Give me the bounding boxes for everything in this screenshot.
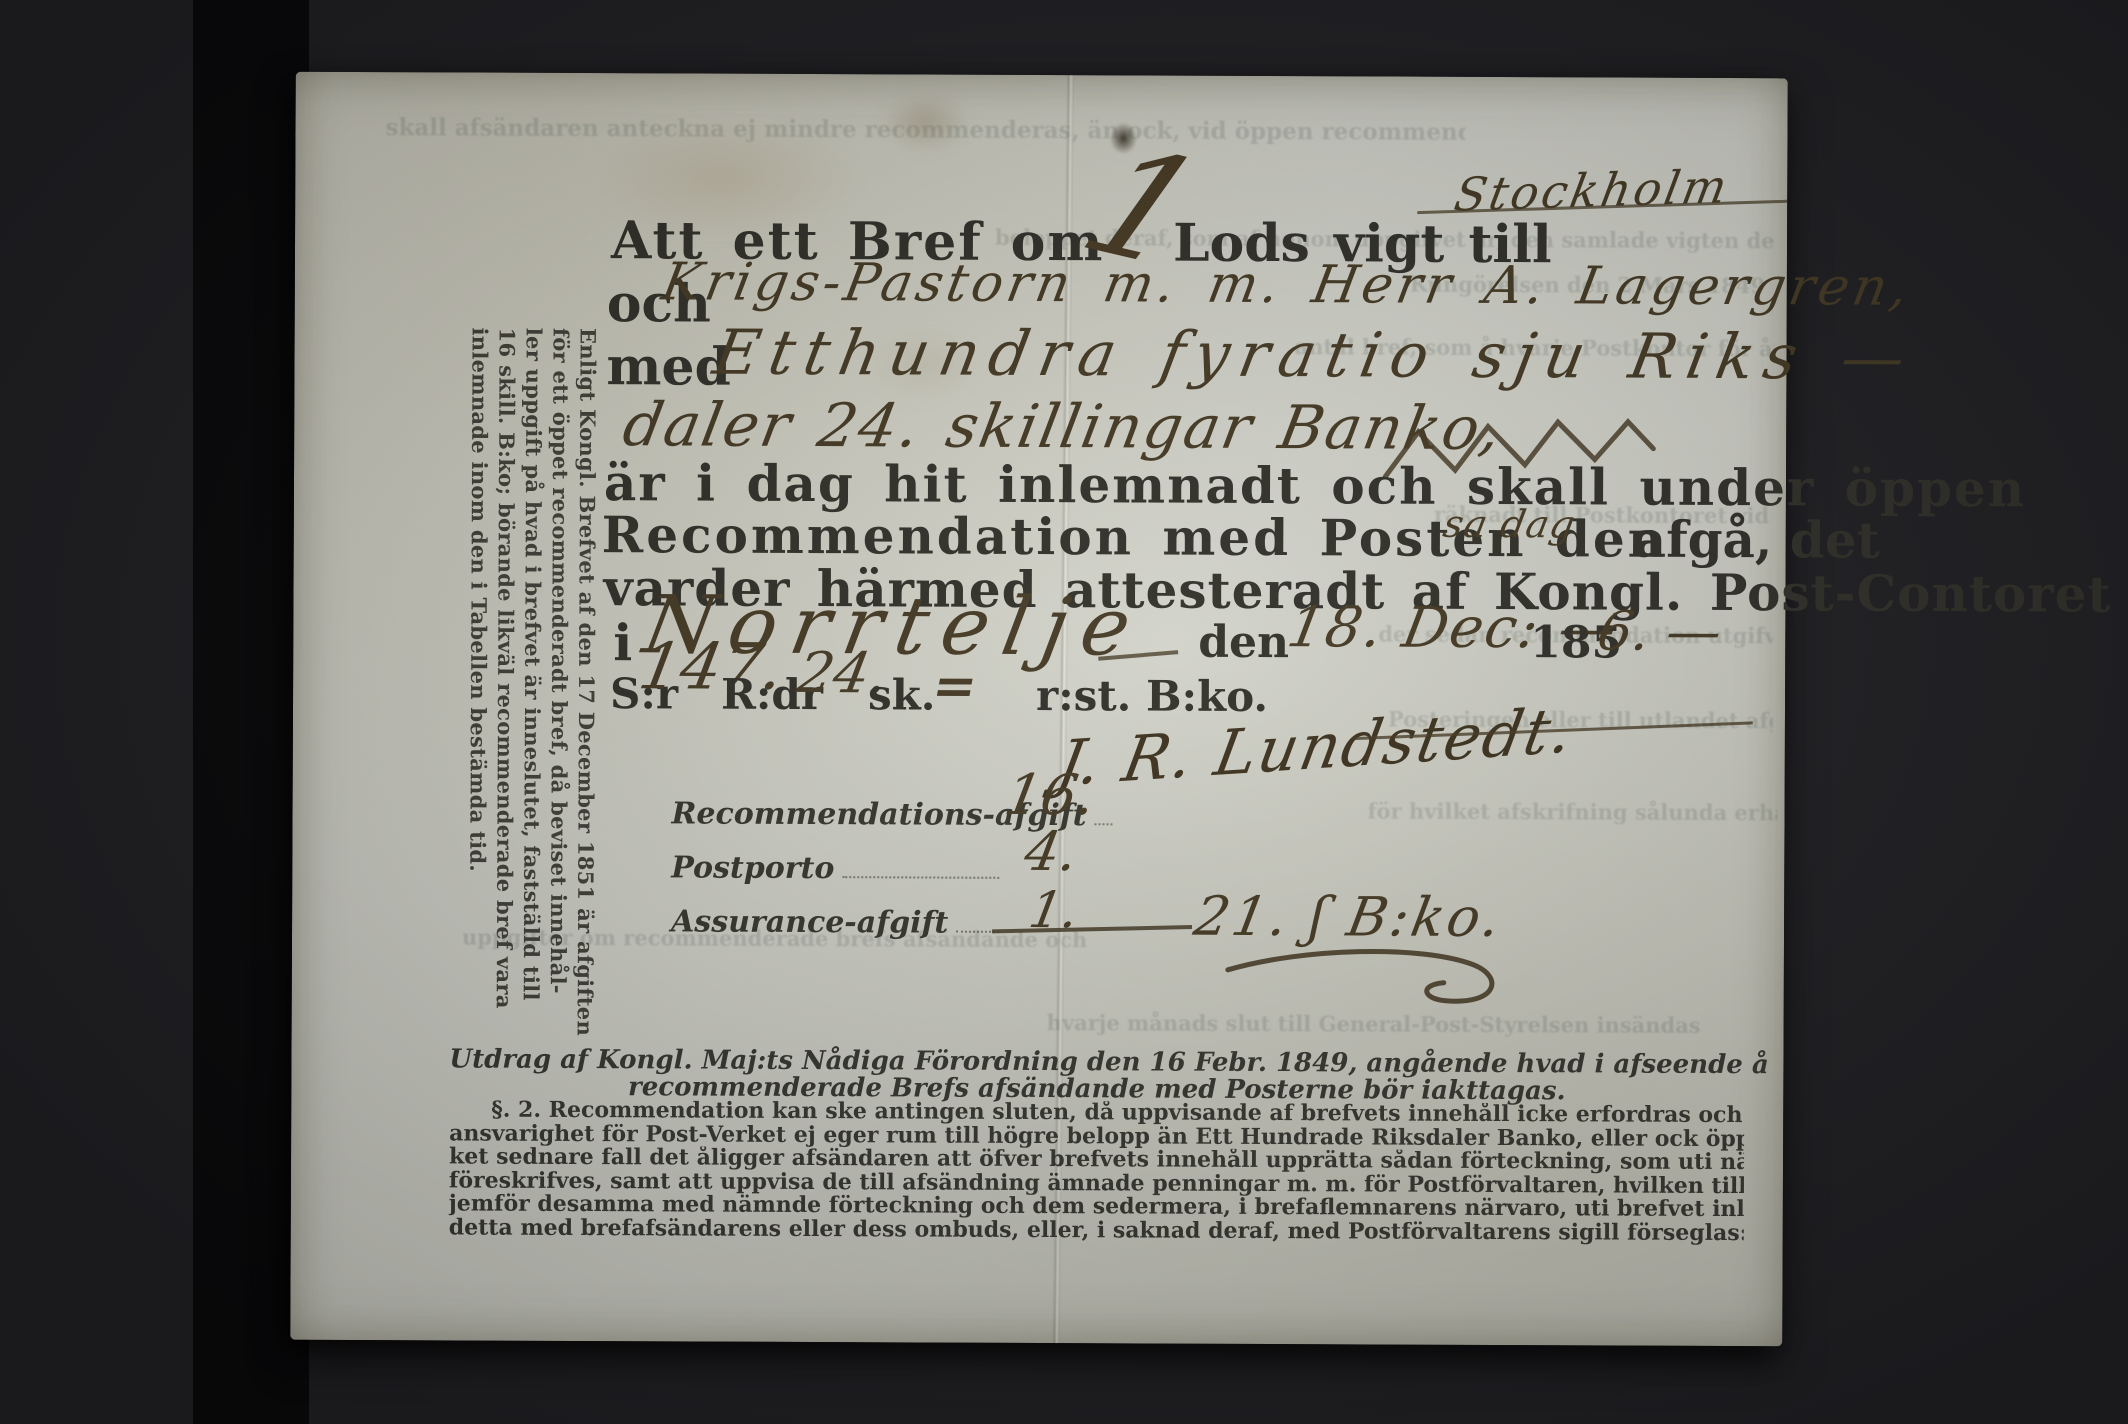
excerpt-paragraph: §. 2. Recommendation kan ske antingen sl… (449, 1098, 1745, 1245)
handwritten-year-digit: 6. — (1593, 604, 1725, 658)
fee-label: Assurance-afgift (671, 904, 948, 940)
printed-afga-det: afgå, det (1634, 515, 1880, 566)
dotted-leader (842, 875, 999, 879)
fee-label: Postporto (671, 850, 834, 886)
printed-banko-label: B:ko. (1146, 675, 1268, 718)
total-underline-flourish (1222, 942, 1512, 1015)
ghost-text-line: för hvilket afskrifning sålunda erhålles (1368, 798, 1778, 825)
handwritten-addressee: Krigs-Pastorn m. m. Herr A. Lagergren, (658, 256, 1916, 313)
dotted-leader (1094, 822, 1112, 825)
postmaster-signature: J. R. Lundstedt. (1053, 699, 1579, 796)
marginal-note-line: för ett öppet recommenderadt bref, då be… (545, 328, 575, 973)
handwritten-amount-line2: daler 24. skillingar Banko, (619, 395, 1508, 459)
handwritten-skilling-dash: = (928, 661, 981, 713)
marginal-note-line: inlemnade inom den i Tabellen bestämda t… (464, 327, 494, 972)
fee-value: 4. (1020, 825, 1081, 879)
marginal-regulation-note: Enligt Kongl. Brefvet af den 17 December… (464, 327, 602, 973)
fee-value: 16. (1001, 768, 1100, 824)
fee-row: Postporto (671, 841, 1001, 886)
marginal-note-line: ler uppgift på hvad i brefvet är inneslu… (518, 328, 548, 973)
handwritten-day-insert: sa dag (1440, 505, 1578, 544)
printed-i: i (613, 618, 632, 668)
handwritten-total: 21. ʃ B:ko. (1190, 890, 1507, 945)
fee-row: Recommendations-afgift (671, 787, 1001, 832)
handwritten-amount-line1: Etthundra fyratio sju Riks — (709, 322, 1920, 389)
printed-skilling-label: sk. (868, 674, 936, 716)
marginal-note-line: 16 skill. B:ko; börande likväl recommend… (491, 328, 521, 973)
fee-row: Assurance-afgift (671, 895, 1001, 940)
excerpt-paragraph-line: detta med brefafsändarens eller dess omb… (449, 1216, 1744, 1245)
printed-den: den (1198, 621, 1289, 665)
paper-stain (880, 92, 970, 152)
document-paper: skall afsändaren anteckna ej mindre reco… (290, 72, 1788, 1346)
marginal-note-line: Enligt Kongl. Brefvet af den 17 December… (572, 328, 602, 973)
printed-runstycken-label: r:st. (1036, 675, 1131, 717)
